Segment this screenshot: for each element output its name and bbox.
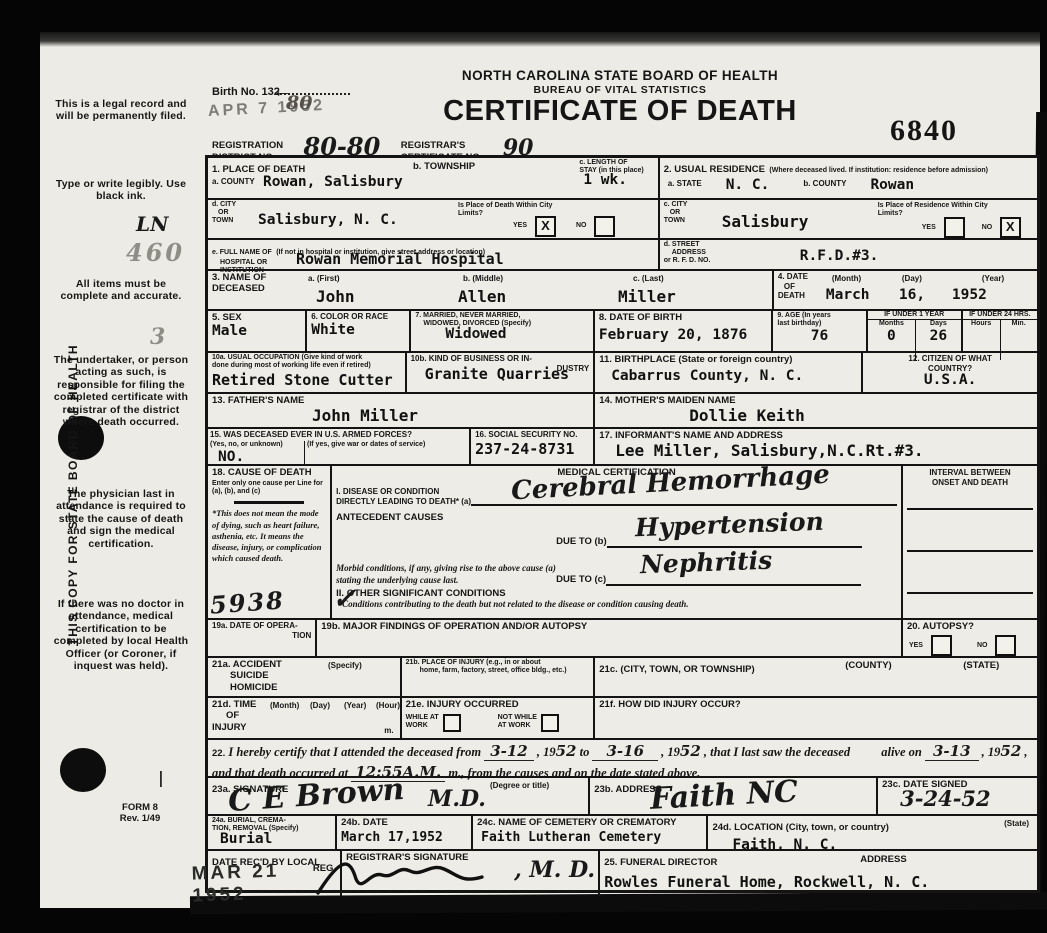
- township-label: b. TOWNSHIP: [413, 161, 475, 172]
- interval-line-c: [907, 592, 1033, 594]
- certify-alive-year: 52: [1000, 742, 1021, 760]
- citizen-label-1: 12. CITIZEN OF WHAT: [867, 354, 1033, 364]
- county-value: Rowan, Salisbury: [263, 174, 403, 190]
- dob-value: February 20, 1876: [599, 327, 768, 343]
- field-injury-city: 21c. (CITY, TOWN, OR TOWNSHIP) (COUNTY) …: [595, 658, 1037, 696]
- field-signature: 23a. SIGNATURE (Degree or title) C E Bro…: [208, 778, 590, 814]
- margin-vertical-text: THIS COPY FOR STATE BOARD OF HEALTH: [66, 344, 80, 645]
- cemetery-value: Faith Lutheran Cemetery: [481, 830, 702, 845]
- ssn-label: 16. SOCIAL SECURITY NO.: [475, 430, 589, 440]
- race-value: White: [311, 322, 405, 338]
- interval-line-a: [907, 508, 1033, 510]
- mother-value: Dollie Keith: [689, 406, 1033, 425]
- divider: [234, 501, 304, 504]
- field-occupation: 10a. USUAL OCCUPATION (Give kind of work…: [208, 353, 407, 392]
- handwritten-checkmark: ✓: [332, 582, 355, 615]
- funeral-address-label: ADDRESS: [860, 854, 906, 865]
- margin-note-legal: This is a legal record and will be perma…: [52, 98, 190, 123]
- field-mother: 14. MOTHER'S MAIDEN NAME Dollie Keith: [595, 394, 1037, 427]
- burial-date-value: March 17,1952: [341, 830, 467, 845]
- armed-forces-value: NO.: [218, 449, 302, 465]
- residence-county-value: Rowan: [870, 177, 914, 193]
- marital-value: Widowed: [445, 326, 588, 342]
- row-parents: 13. FATHER'S NAME John Miller 14. MOTHER…: [208, 394, 1037, 429]
- race-label: 6. COLOR OR RACE: [311, 312, 405, 322]
- physician-signature: C E Brown: [227, 772, 405, 819]
- row-city-limits: d. CITY OR TOWN Salisbury, N. C. Is Plac…: [208, 200, 1037, 240]
- certify-number: 22.: [212, 748, 225, 759]
- field-burial: 24a. BURIAL, CREMA- TION, REMOVAL (Speci…: [208, 816, 337, 849]
- other-conditions-note: Conditions contributing to the death but…: [342, 599, 897, 609]
- location-label: 24d. LOCATION (City, town, or country): [712, 822, 888, 833]
- other-conditions-label: II. OTHER SIGNIFICANT CONDITIONS: [336, 588, 897, 599]
- field-under-one-year: IF UNDER 1 YEAR Months 0 Days 26: [868, 311, 963, 351]
- interval-line-b: [907, 550, 1033, 552]
- armed-forces-answer: (Yes, no, or unknown) NO.: [208, 441, 305, 465]
- cause-footnote: *This does not mean the mode of dying, s…: [212, 508, 326, 563]
- usual-residence-label: 2. USUAL RESIDENCE: [664, 164, 765, 175]
- field-length-of-stay: c. LENGTH OF STAY (in this place) 1 wk.: [575, 158, 659, 198]
- disease-label-2: DIRECTLY LEADING TO DEATH* (a): [336, 497, 471, 507]
- funeral-director-value: Rowles Funeral Home, Rockwell, N. C.: [604, 873, 1033, 891]
- months-label: Months: [868, 320, 915, 328]
- certify-text-2: to: [580, 745, 590, 759]
- handwritten-460: 460: [126, 238, 185, 267]
- marital-label-1: 7. MARRIED, NEVER MARRIED,: [415, 312, 588, 320]
- accident-specify-label: (Specify): [328, 661, 362, 671]
- field-usual-residence: 2. USUAL RESIDENCE (Where deceased lived…: [660, 158, 1037, 198]
- location-state-label: (State): [1004, 819, 1029, 829]
- hospital-value: Rowan Memorial Hospital: [296, 250, 504, 268]
- morbid-note: Morbid conditions, if any, giving rise t…: [336, 563, 556, 586]
- field-how-injury: 21f. HOW DID INJURY OCCUR?: [595, 698, 1037, 738]
- field-time-of-injury: 21d. TIME OF INJURY (Month) (Day) (Year)…: [208, 698, 402, 738]
- field-citizen: 12. CITIZEN OF WHAT COUNTRY? U.S.A.: [863, 353, 1037, 392]
- industry-label-1: 10b. KIND OF BUSINESS OR IN-: [411, 354, 590, 364]
- handwritten-code: 5938: [209, 585, 286, 619]
- under24-header: IF UNDER 24 HRS.: [963, 311, 1037, 320]
- registrar-signature-suffix: , M. D.: [514, 857, 595, 883]
- dod-month-label: (Month): [832, 274, 861, 284]
- field-name-of-deceased: 3. NAME OF DECEASED a. (First) John b. (…: [208, 271, 774, 309]
- certify-from-year: 52: [556, 742, 577, 760]
- interval-label-1: INTERVAL BETWEEN: [905, 468, 1035, 478]
- residence-city-limits: Is Place of Residence Within City Limits…: [878, 202, 988, 218]
- punch-hole: [60, 748, 106, 792]
- res-limits-yes-checkbox: [944, 217, 965, 238]
- death-certificate-scan: This is a legal record and will be perma…: [0, 0, 1047, 933]
- funeral-director-label: 25. FUNERAL DIRECTOR: [604, 857, 717, 868]
- not-while-at-work-checkbox: [541, 714, 559, 732]
- address-value: Faith NC: [649, 774, 799, 817]
- field-funeral-director: 25. FUNERAL DIRECTOR ADDRESS Rowles Fune…: [600, 851, 1037, 896]
- operation-label-2: TION: [212, 631, 311, 641]
- usual-residence-note: (Where deceased lived. If institution: r…: [769, 167, 988, 174]
- while-at-work-checkbox: [443, 714, 461, 732]
- injury-place-label-1: 21b. PLACE OF INJURY (e.g., in or about: [406, 659, 590, 667]
- row-time-of-injury: 21d. TIME OF INJURY (Month) (Day) (Year)…: [208, 698, 1037, 740]
- row-signature: 23a. SIGNATURE (Degree or title) C E Bro…: [208, 778, 1037, 816]
- row-cause-of-death: 18. CAUSE OF DEATH Enter only one cause …: [208, 466, 1037, 620]
- field-cemetery: 24c. NAME OF CEMETERY OR CREMATORY Faith…: [473, 816, 708, 849]
- days-label: Days: [916, 320, 961, 328]
- field-father: 13. FATHER'S NAME John Miller: [208, 394, 595, 427]
- field-certify: 22. I hereby certify that I attended the…: [208, 740, 1037, 776]
- father-value: John Miller: [312, 406, 589, 425]
- margin-note-type: Type or write legibly. Use black ink.: [52, 178, 190, 203]
- res-city-label-3: TOWN: [664, 217, 1033, 225]
- field-burial-date: 24b. DATE March 17,1952: [337, 816, 473, 849]
- age-label-1: 9. AGE (In years: [777, 312, 861, 320]
- row-armed-ssn-informant: 15. WAS DECEASED EVER IN U.S. ARMED FORC…: [208, 429, 1037, 466]
- occupation-value: Retired Stone Cutter: [212, 371, 401, 389]
- state-value: N. C.: [726, 177, 770, 193]
- state-label: a. STATE: [668, 179, 702, 193]
- field-injury-occurred: 21e. INJURY OCCURRED WHILE AT WORK NOT W…: [402, 698, 596, 738]
- while-at-label: WHILE AT: [406, 714, 439, 722]
- res-limits-yes-label: YES: [922, 224, 936, 232]
- field-armed-forces: 15. WAS DECEASED EVER IN U.S. ARMED FORC…: [208, 429, 471, 464]
- certificate-paper: This is a legal record and will be perma…: [40, 32, 1040, 908]
- disease-label-1: I. DISEASE OR CONDITION: [336, 487, 471, 497]
- dod-day-value: 16,: [899, 287, 925, 303]
- armed-forces-war: (If yes, give war or dates of service): [305, 441, 469, 465]
- certify-to-year: 52: [680, 742, 701, 760]
- last-label: c. (Last): [633, 274, 664, 284]
- certify-19c: , 19: [982, 745, 1001, 759]
- birthplace-value: Cabarrus County, N. C.: [611, 368, 857, 384]
- operation-label-1: 19a. DATE OF OPERA-: [212, 621, 311, 631]
- field-city-of-death: d. CITY OR TOWN Salisbury, N. C. Is Plac…: [208, 200, 660, 238]
- autopsy-no-checkbox: [995, 635, 1016, 656]
- injury-m-label: m.: [384, 726, 393, 736]
- sex-label: 5. SEX: [212, 312, 301, 323]
- accident-label-2: SUICIDE: [230, 670, 396, 681]
- under1-header: IF UNDER 1 YEAR: [868, 311, 961, 320]
- registration-label-1: REGISTRATION: [212, 140, 283, 151]
- dod-day-label: (Day): [902, 274, 922, 284]
- middle-name-value: Allen: [458, 287, 506, 306]
- field-place-of-injury: 21b. PLACE OF INJURY (e.g., in or about …: [402, 658, 596, 696]
- armed-forces-label: 15. WAS DECEASED EVER IN U.S. ARMED FORC…: [208, 429, 469, 441]
- certify-19b: , 19: [661, 745, 680, 759]
- certify-text-1: I hereby certify that I attended the dec…: [228, 745, 481, 759]
- certify-19a: , 19: [537, 745, 556, 759]
- field-registrar-signature: REGISTRAR'S SIGNATURE , M. D.: [342, 851, 600, 896]
- burial-value: Burial: [220, 831, 331, 847]
- cause-instruction: Enter only one cause per Line for (a), (…: [212, 480, 326, 496]
- field-medical-certification: MEDICAL CERTIFICATION I. DISEASE OR COND…: [332, 466, 903, 618]
- death-limits-label-1: Is Place of Death Within City: [458, 202, 552, 210]
- time-injury-label-1: 21d. TIME: [212, 699, 396, 710]
- hospital-label-1: e. FULL NAME OF: [212, 249, 272, 256]
- injury-state-label: (STATE): [963, 660, 999, 671]
- registrar-cert-label-1: REGISTRAR'S: [401, 140, 483, 151]
- form-number-block: FORM 8 Rev. 1/49: [100, 802, 180, 825]
- age-value: 76: [777, 328, 861, 344]
- injury-place-label-2: home, farm, factory, street, office bldg…: [420, 667, 590, 675]
- interval-label-2: ONSET AND DEATH: [905, 478, 1035, 488]
- field-interval: INTERVAL BETWEEN ONSET AND DEATH: [903, 466, 1037, 618]
- field-accident-suicide: 21a. ACCIDENT SUICIDE HOMICIDE (Specify): [208, 658, 402, 696]
- row-place-residence: 1. PLACE OF DEATH a. COUNTY Rowan, Salis…: [208, 158, 1037, 200]
- due-to-c-label: DUE TO (c): [556, 574, 606, 585]
- scan-edge-top: [40, 32, 1040, 47]
- informant-label: 17. INFORMANT'S NAME AND ADDRESS: [599, 430, 1033, 441]
- board-title: NORTH CAROLINA STATE BOARD OF HEALTH: [340, 68, 900, 83]
- burial-label-1: 24a. BURIAL, CREMA-: [212, 817, 331, 825]
- injury-day-label: (Day): [310, 701, 330, 711]
- armed-forces-note: (Yes, no, or unknown): [210, 441, 302, 449]
- burial-date-label: 24b. DATE: [341, 817, 467, 828]
- autopsy-label: 20. AUTOPSY?: [907, 621, 1033, 632]
- death-limits-no-label: NO: [576, 222, 587, 230]
- field-hospital: e. FULL NAME OF (If not in hospital or i…: [208, 240, 660, 269]
- field-address-23b: 23b. ADDRESS Faith NC: [590, 778, 878, 814]
- citizen-value: U.S.A.: [867, 372, 1033, 388]
- middle-label: b. (Middle): [463, 274, 503, 284]
- city-label-1: d. CITY: [212, 201, 654, 209]
- handwritten-3: 3: [150, 324, 165, 350]
- row-name-date-of-death: 3. NAME OF DECEASED a. (First) John b. (…: [208, 271, 1037, 311]
- handwritten-ln: LN: [136, 212, 168, 236]
- due-c-line: Nephritis: [606, 562, 861, 586]
- row-burial: 24a. BURIAL, CREMA- TION, REMOVAL (Speci…: [208, 816, 1037, 851]
- row-sex-race-birth: 5. SEX Male 6. COLOR OR RACE White 7. MA…: [208, 311, 1037, 353]
- not-while-label: NOT WHILE: [498, 714, 537, 722]
- cemetery-label: 24c. NAME OF CEMETERY OR CREMATORY: [477, 817, 702, 828]
- industry-value: Granite Quarries: [425, 365, 570, 383]
- min-label: Min.: [1001, 320, 1037, 328]
- due-to-b-label: DUE TO (b): [556, 536, 607, 547]
- city-of-death-value: Salisbury, N. C.: [258, 212, 398, 228]
- field-age: 9. AGE (In years last birthday) 76: [773, 311, 867, 351]
- certify-to-date: 3-16: [592, 742, 658, 761]
- hours-label: Hours: [963, 320, 1000, 328]
- work-label: WORK: [406, 722, 439, 730]
- physician-degree: M.D.: [428, 786, 486, 812]
- how-injury-label: 21f. HOW DID INJURY OCCUR?: [599, 699, 1033, 710]
- injury-county-label: (COUNTY): [845, 660, 891, 671]
- field-street-address: d. STREET ADDRESS or R. F. D. NO. R.F.D.…: [660, 240, 1037, 269]
- row-occupation-birthplace: 10a. USUAL OCCUPATION (Give kind of work…: [208, 353, 1037, 394]
- occupation-label-1: 10a. USUAL OCCUPATION (Give kind of work: [212, 354, 401, 362]
- months-value: 0: [868, 328, 915, 344]
- findings-label: 19b. MAJOR FINDINGS OF OPERATION AND/OR …: [321, 621, 897, 632]
- field-place-of-death: 1. PLACE OF DEATH a. COUNTY Rowan, Salis…: [208, 158, 575, 198]
- accident-label-1: 21a. ACCIDENT: [212, 659, 396, 670]
- first-label: a. (First): [308, 274, 340, 284]
- row-registrar-funeral: DATE REC'D BY LOCAL REG. MAR 21 1952 REG…: [208, 851, 1037, 896]
- mother-label: 14. MOTHER'S MAIDEN NAME: [599, 395, 1033, 406]
- field-cause-notes: 18. CAUSE OF DEATH Enter only one cause …: [208, 466, 332, 618]
- city-of-residence-value: Salisbury: [722, 212, 809, 231]
- armed-forces-note-2: (If yes, give war or dates of service): [307, 441, 467, 449]
- field-date-of-death: 4. DATE OF DEATH (Month) (Day) (Year) Ma…: [774, 271, 1037, 309]
- row-hospital-street: e. FULL NAME OF (If not in hospital or i…: [208, 240, 1037, 271]
- certificate-title: CERTIFICATE OF DEATH: [340, 95, 900, 128]
- res-limits-label-1: Is Place of Residence Within City: [878, 202, 988, 210]
- cause-c-value: Nephritis: [640, 545, 773, 579]
- cause-title: 18. CAUSE OF DEATH: [212, 467, 326, 478]
- handwritten-80: 80: [286, 92, 312, 114]
- field-burial-location: 24d. LOCATION (City, town, or country) (…: [708, 816, 1037, 849]
- at-work-label: AT WORK: [498, 722, 537, 730]
- autopsy-no-label: NO: [977, 642, 988, 650]
- injury-year-label: (Year): [344, 701, 366, 711]
- dod-month-value: March: [826, 287, 870, 303]
- field-date-of-birth: 8. DATE OF BIRTH February 20, 1876: [595, 311, 774, 351]
- time-injury-label-2: OF: [226, 710, 396, 721]
- form-revision: Rev. 1/49: [100, 813, 180, 824]
- field-date-of-operation: 19a. DATE OF OPERA- TION: [208, 620, 317, 656]
- street-value: R.F.D.#3.: [800, 248, 879, 264]
- field-sex: 5. SEX Male: [208, 311, 307, 351]
- field-major-findings: 19b. MAJOR FINDINGS OF OPERATION AND/OR …: [317, 620, 903, 656]
- dod-year-label: (Year): [982, 274, 1004, 284]
- field-informant: 17. INFORMANT'S NAME AND ADDRESS Lee Mil…: [595, 429, 1037, 464]
- row-operation-autopsy: 19a. DATE OF OPERA- TION 19b. MAJOR FIND…: [208, 620, 1037, 658]
- handwritten-tally: |: [158, 768, 164, 787]
- margin-note-complete: All items must be complete and accurate.: [52, 278, 190, 303]
- stay-value: 1 wk.: [583, 172, 627, 188]
- res-limits-label-2: Limits?: [878, 210, 988, 218]
- certificate-form: 1. PLACE OF DEATH a. COUNTY Rowan, Salis…: [205, 155, 1040, 893]
- field-race: 6. COLOR OR RACE White: [307, 311, 411, 351]
- dob-label: 8. DATE OF BIRTH: [599, 312, 768, 323]
- field-under-24-hrs: IF UNDER 24 HRS. Hours Min.: [963, 311, 1037, 351]
- stay-label-1: c. LENGTH OF: [579, 159, 653, 167]
- date-signed-value: 3-24-52: [900, 786, 1033, 811]
- res-limits-no-label: NO: [982, 224, 993, 232]
- field-ssn: 16. SOCIAL SECURITY NO. 237-24-8731: [471, 429, 595, 464]
- injury-city-label: 21c. (CITY, TOWN, OR TOWNSHIP): [599, 664, 754, 675]
- death-limits-no-checkbox: [594, 216, 615, 237]
- death-limits-yes-checkbox: X: [535, 216, 556, 237]
- dod-year-value: 1952: [952, 287, 987, 303]
- field-city-of-residence: c. CITY OR TOWN Salisbury Is Place of Re…: [660, 200, 1037, 238]
- certify-text-3: , that I last saw the deceased: [704, 745, 850, 759]
- disease-line: Cerebral Hemorrhage: [471, 478, 897, 506]
- form-number: FORM 8: [100, 802, 180, 813]
- field-autopsy: 20. AUTOPSY? YES NO: [903, 620, 1037, 656]
- father-label: 13. FATHER'S NAME: [212, 395, 589, 406]
- res-limits-no-checkbox: X: [1000, 217, 1021, 238]
- autopsy-yes-label: YES: [909, 642, 923, 650]
- informant-value: Lee Miller, Salisbury,N.C.Rt.#3.: [615, 441, 1033, 460]
- injury-month-label: (Month): [270, 701, 299, 711]
- age-label-2: last birthday): [777, 320, 861, 328]
- autopsy-yes-checkbox: [931, 635, 952, 656]
- field-industry: 10b. KIND OF BUSINESS OR IN- DUSTRY Gran…: [407, 353, 596, 392]
- due-b-line: Hypertension: [607, 524, 862, 548]
- residence-county-label: b. COUNTY: [803, 179, 846, 193]
- field-date-signed: 23c. DATE SIGNED 3-24-52: [878, 778, 1037, 814]
- birthplace-label: 11. BIRTHPLACE (State or foreign country…: [599, 354, 857, 365]
- certify-from-date: 3-12: [484, 742, 534, 761]
- death-limits-yes-label: YES: [513, 222, 527, 230]
- field-marital-status: 7. MARRIED, NEVER MARRIED, WIDOWED, DIVO…: [411, 311, 594, 351]
- degree-label: (Degree or title): [490, 781, 549, 791]
- field-birthplace: 11. BIRTHPLACE (State or foreign country…: [595, 353, 863, 392]
- days-value: 26: [916, 328, 961, 344]
- serial-number: 6840: [890, 114, 958, 148]
- cause-b-value: Hypertension: [634, 506, 824, 542]
- first-name-value: John: [316, 287, 355, 306]
- certify-alive-date: 3-13: [925, 742, 979, 761]
- last-name-value: Miller: [618, 287, 676, 306]
- injury-hour-label: (Hour): [376, 701, 400, 711]
- row-certify-statement: 22. I hereby certify that I attended the…: [208, 740, 1037, 778]
- injury-occurred-label: 21e. INJURY OCCURRED: [406, 699, 590, 710]
- row-accident: 21a. ACCIDENT SUICIDE HOMICIDE (Specify)…: [208, 658, 1037, 698]
- occupation-label-2: done during most of working life even if…: [212, 362, 401, 370]
- ssn-value: 237-24-8731: [475, 440, 589, 458]
- sex-value: Male: [212, 323, 301, 339]
- accident-label-3: HOMICIDE: [230, 682, 396, 693]
- certify-text-4: alive on: [881, 745, 922, 759]
- time-injury-label-3: INJURY: [212, 722, 396, 733]
